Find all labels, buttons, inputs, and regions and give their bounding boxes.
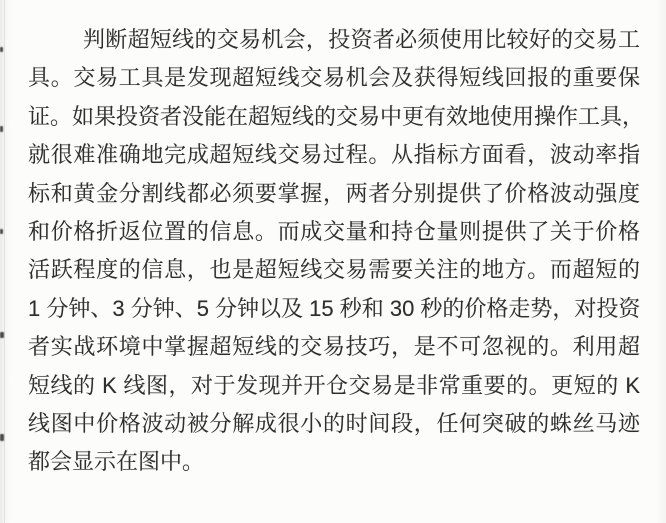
paragraph-line: 和价格折返位置的信息。而成交量和持仓量则提供了关于价格 <box>28 213 640 251</box>
scan-speck <box>0 434 4 441</box>
paragraph-line: 活跃程度的信息，也是超短线交易需要关注的地方。而超短的 <box>28 251 640 289</box>
scan-page-edge-shading <box>0 0 12 523</box>
paragraph-line: 具。交易工具是发现超短线交易机会及获得短线回报的重要保 <box>28 59 640 97</box>
paragraph-line: 线图中价格波动被分解成很小的时间段，任何突破的蛛丝马迹 <box>28 405 640 443</box>
scan-page-edge-shading-right <box>656 0 666 523</box>
scan-speck <box>0 229 3 234</box>
scan-speck <box>0 332 4 338</box>
paragraph-line: 标和黄金分割线都必须要掌握，两者分别提供了价格波动强度 <box>28 175 640 213</box>
scan-speck <box>0 126 3 132</box>
paragraph-line: 证。如果投资者没能在超短线的交易中更有效地使用操作工具， <box>28 98 640 136</box>
paragraph-line: 就很难准确地完成超短线交易过程。从指标方面看，波动率指 <box>28 136 640 174</box>
paragraph-line: 者实战环境中掌握超短线的交易技巧，是不可忽视的。利用超 <box>28 328 640 366</box>
paragraph-line: 都会显示在图中。 <box>28 443 640 481</box>
scanned-book-page: 判断超短线的交易机会，投资者必须使用比较好的交易工 具。交易工具是发现超短线交易… <box>0 0 666 523</box>
scan-speck <box>0 47 3 52</box>
scan-page-edge-line <box>4 0 5 523</box>
paragraph-line: 短线的 K 线图，对于发现并开仓交易是非常重要的。更短的 K <box>28 367 640 405</box>
paragraph-line: 判断超短线的交易机会，投资者必须使用比较好的交易工 <box>28 21 640 59</box>
paragraph-line: 1 分钟、3 分钟、5 分钟以及 15 秒和 30 秒的价格走势，对投资 <box>28 290 640 328</box>
body-paragraph: 判断超短线的交易机会，投资者必须使用比较好的交易工 具。交易工具是发现超短线交易… <box>28 21 640 482</box>
